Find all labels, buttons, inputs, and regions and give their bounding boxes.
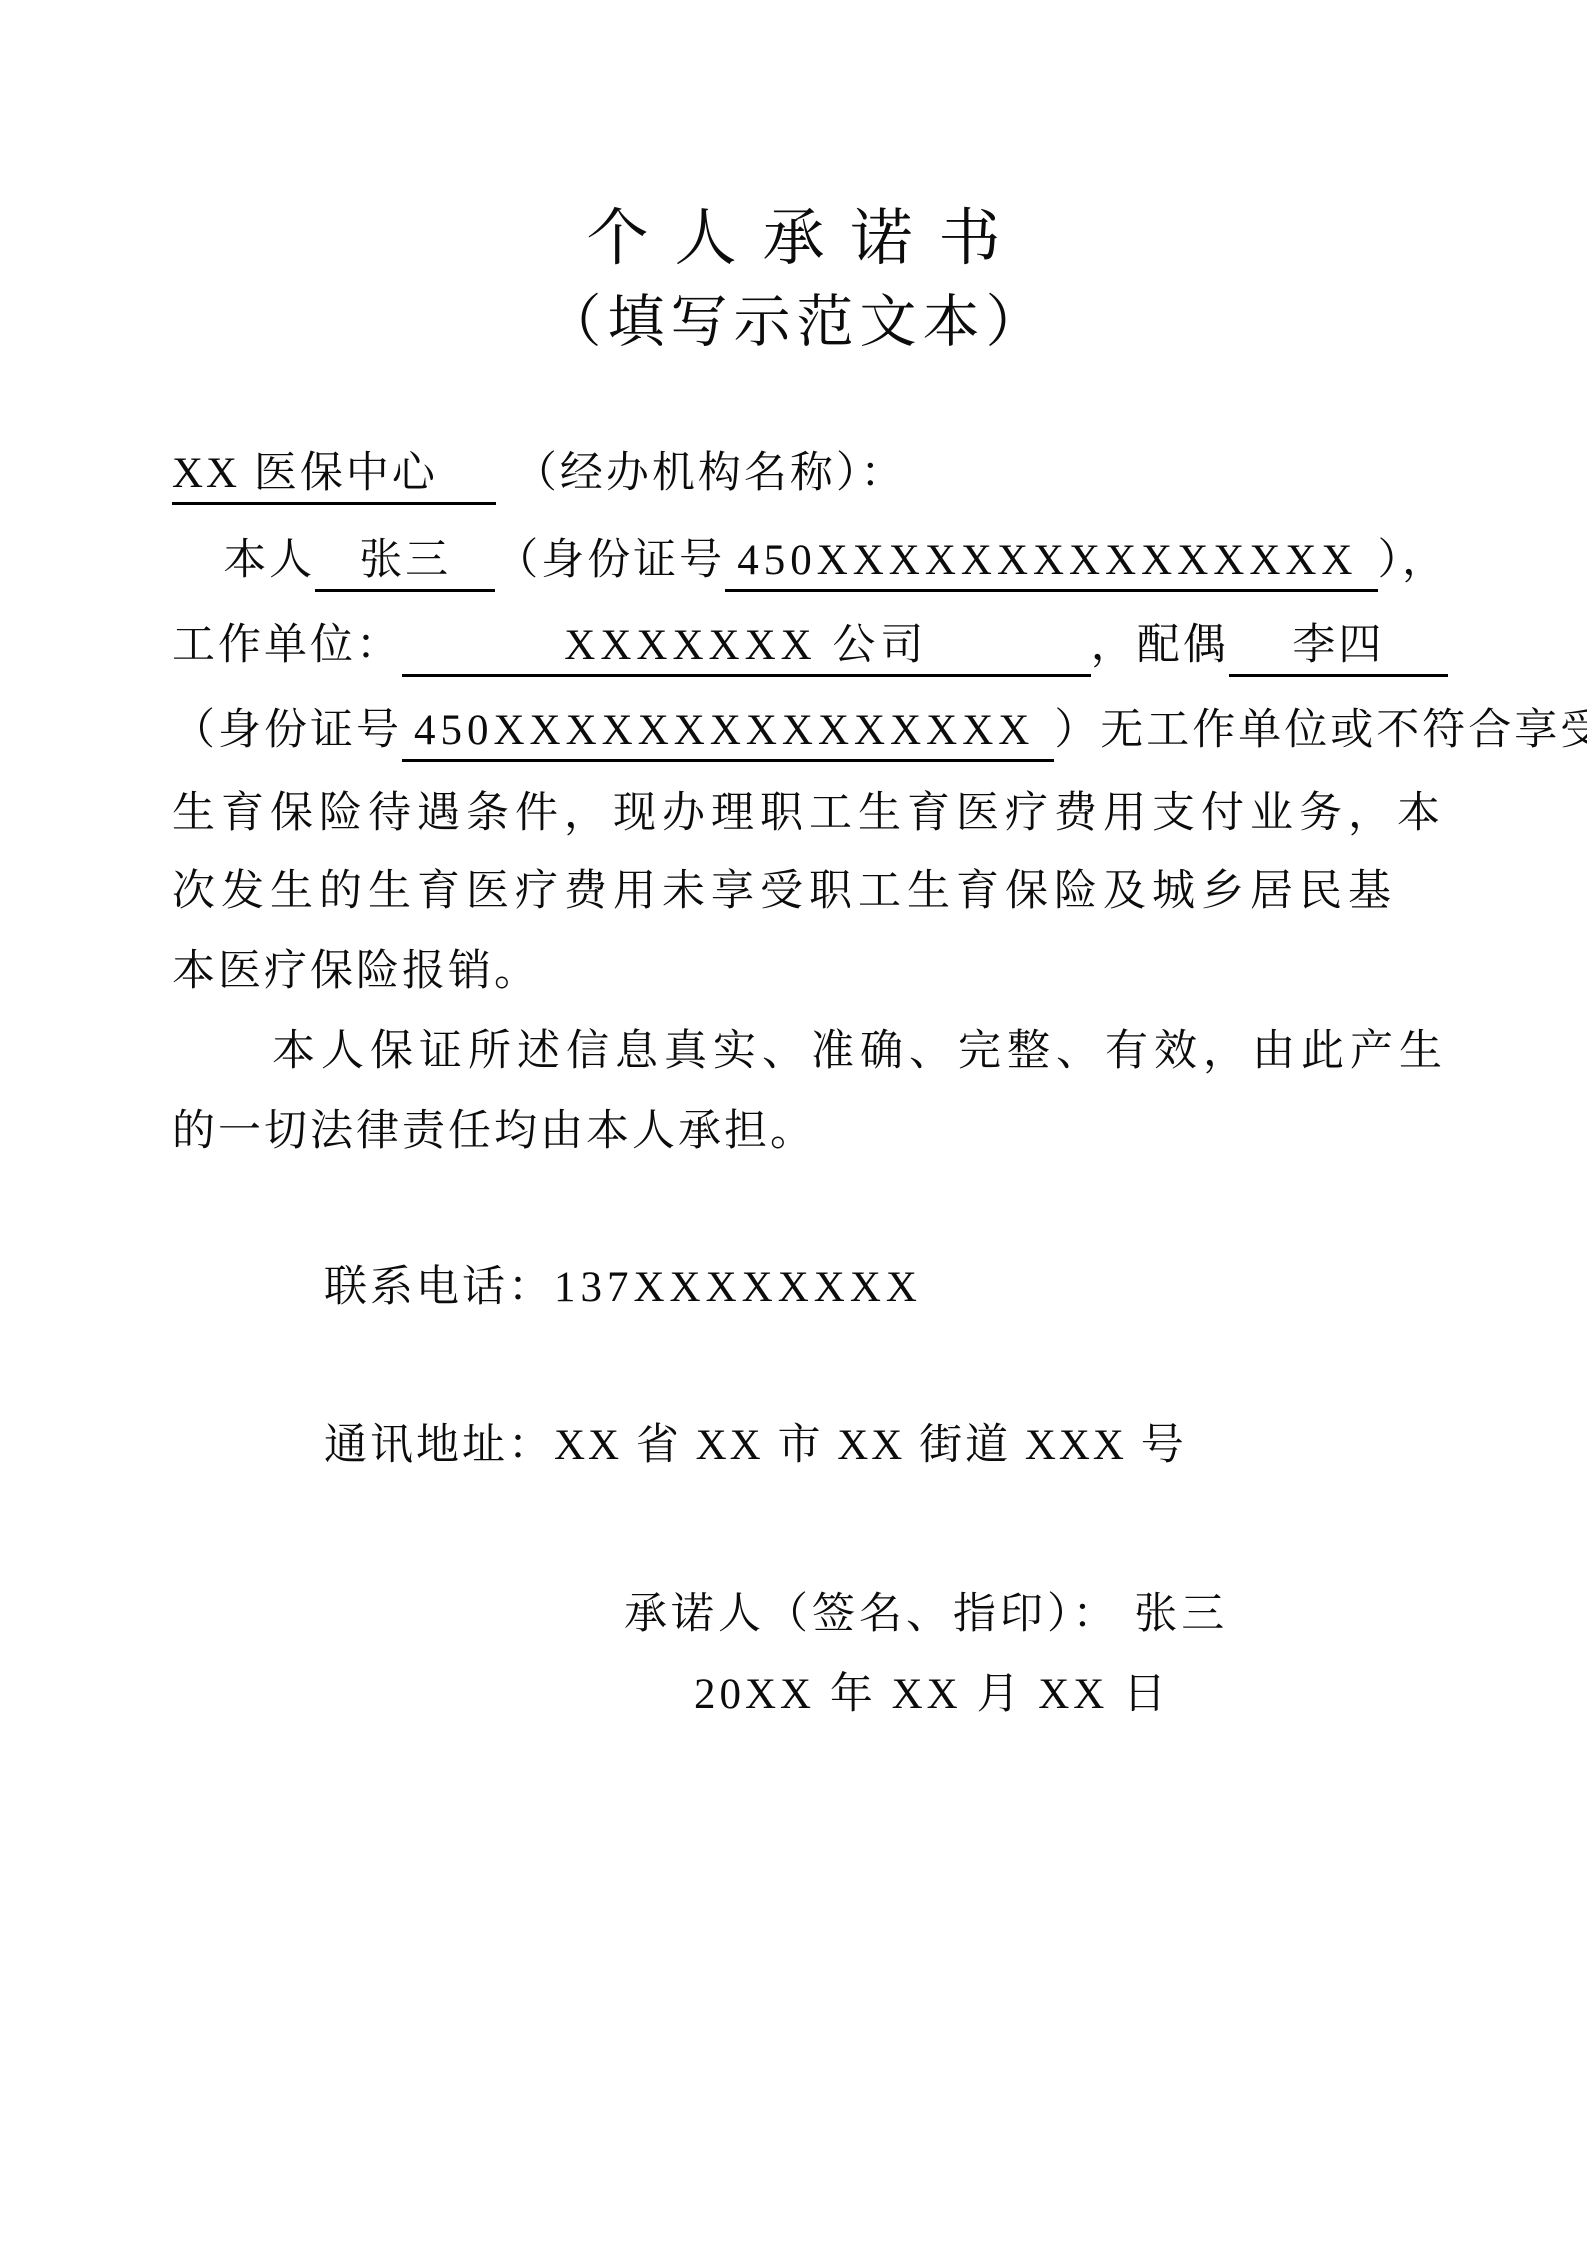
declaration-lead: 本人 [223,533,315,589]
spouse-id-blank: 450XXXXXXXXXXXXXXX [402,703,1054,762]
pledge-line-1: 本人保证所述信息真实、准确、完整、有效，由此产生 [172,1024,1448,1080]
phone-number: 137XXXXXXXX [554,1260,922,1316]
spouse-lead-label: ，配偶 [1091,618,1229,674]
declaration-line-2: 工作单位： XXXXXXX 公司 ，配偶 李四 [172,618,1448,677]
salutation-line: XX 医保中心 （经办机构名称）： [172,446,1448,505]
spouse-id-open-label: （身份证号 [172,703,402,759]
id-open-label: （身份证号 [495,533,725,589]
address-value: XX 省 XX 市 XX 街道 XXX 号 [554,1418,1187,1474]
pledge-text-1: 本人保证所述信息真实、准确、完整、有效，由此产生 [272,1024,1448,1080]
phone-line: 联系电话： 137XXXXXXXX [172,1260,1448,1316]
signer-label: 承诺人（签名、指印）： [624,1591,1120,1638]
declaration-line-1: 本人 张三 （身份证号 450XXXXXXXXXXXXXXX ）， [172,533,1448,592]
agency-name-blank: XX 医保中心 [172,446,496,505]
applicant-name-blank: 张三 [315,533,495,592]
id-close-label: ）， [1378,533,1449,589]
phone-label: 联系电话： [324,1260,554,1316]
document-subtitle: （填写示范文本） [0,276,1587,358]
document-title: 个人承诺书 [0,188,1587,277]
spouse-name-blank: 李四 [1229,618,1448,677]
date-line: 20XX 年 XX 月 XX 日 [694,1660,1170,1721]
employer-label: 工作单位： [172,618,402,674]
declaration-line-5: 次发生的生育医疗费用未享受职工生育保险及城乡居民基 [172,864,1448,920]
pledge-line-2: 的一切法律责任均由本人承担。 [172,1104,1448,1160]
signature-line: 承诺人（签名、指印）： 张三 [624,1580,1228,1641]
signer-name: 张三 [1134,1591,1228,1638]
declaration-line-6: 本医疗保险报销。 [172,944,1448,1000]
declaration-line-3: （身份证号 450XXXXXXXXXXXXXXX ）无工作单位或不符合享受 [172,703,1448,762]
declaration-line-4: 生育保险待遇条件，现办理职工生育医疗费用支付业务，本 [172,786,1448,842]
applicant-id-blank: 450XXXXXXXXXXXXXXX [725,533,1377,592]
agency-label: （经办机构名称）： [496,446,907,502]
address-line: 通讯地址： XX 省 XX 市 XX 街道 XXX 号 [172,1418,1448,1474]
document-page: 个人承诺书 （填写示范文本） XX 医保中心 （经办机构名称）： 本人 张三 （… [0,0,1587,2245]
employer-name-blank: XXXXXXX 公司 [402,618,1091,677]
declaration-continuation: ）无工作单位或不符合享受 [1054,703,1587,759]
address-label: 通讯地址： [324,1418,554,1474]
